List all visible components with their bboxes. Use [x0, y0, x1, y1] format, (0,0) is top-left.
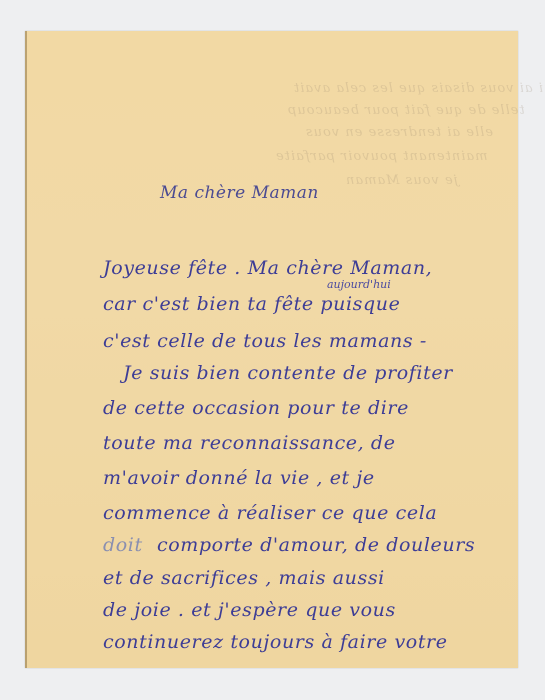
- letter-line-4: Je suis bien contente de profiter: [123, 362, 453, 384]
- letter-line-2: car c'est bien ta fête puisque: [103, 293, 400, 315]
- bleed-through-line: lui ai vous disais que les cela avait: [293, 81, 545, 96]
- salutation: Ma chère Maman: [160, 183, 319, 203]
- bleed-through-line: elle ai tendresse en vous: [305, 125, 493, 140]
- letter-line-5: de cette occasion pour te dire: [103, 397, 409, 419]
- letter-line-10: et de sacrifices , mais aussi: [103, 567, 385, 589]
- letter-line-7: m'avoir donné la vie , et je: [103, 467, 375, 489]
- insertion-aujourdhui: aujourd'hui: [327, 278, 391, 291]
- letter-line-1: Joyeuse fête . Ma chère Maman,: [103, 257, 432, 279]
- letter-line-11: de joie . et j'espère que vous: [103, 599, 396, 621]
- bleed-through-line: je vous Maman: [345, 173, 458, 188]
- letter-line-9-faded-prefix: doit: [103, 534, 143, 556]
- letter-line-9: comporte d'amour, de douleurs: [157, 534, 475, 556]
- letter-line-8: commence à réaliser ce que cela: [103, 502, 437, 524]
- bleed-through-line: maintenant pouvoir parfaite: [275, 149, 488, 164]
- letter-line-3: c'est celle de tous les mamans -: [103, 330, 427, 352]
- letter-paper: lui ai vous disais que les cela avait te…: [25, 31, 518, 668]
- letter-line-12: continuerez toujours à faire votre: [103, 631, 448, 653]
- letter-line-6: toute ma reconnaissance, de: [103, 432, 396, 454]
- bleed-through-line: telle de que fait pour beaucoup: [287, 103, 525, 118]
